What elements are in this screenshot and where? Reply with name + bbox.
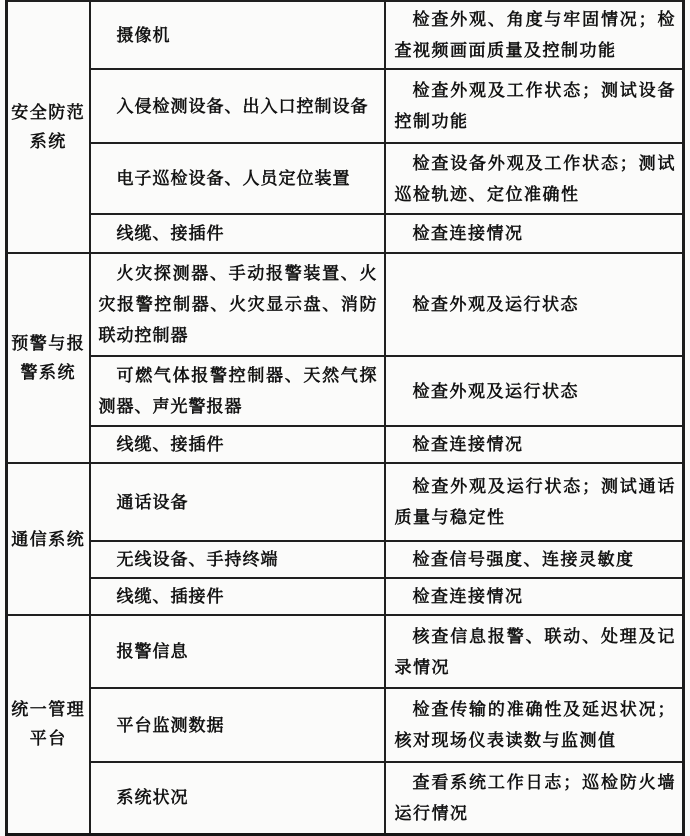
inspection-cell: 检查外观及工作状态；测试设备控制功能 xyxy=(385,69,684,143)
inspection-cell: 检查连接情况 xyxy=(385,426,684,463)
equipment-cell: 入侵检测设备、出入口控制设备 xyxy=(90,69,385,143)
table-row: 线缆、接插件 检查连接情况 xyxy=(7,426,684,463)
inspection-cell: 检查外观及运行状态 xyxy=(385,253,684,356)
inspection-cell: 检查外观及运行状态；测试通话质量与稳定性 xyxy=(385,463,684,541)
equipment-cell: 火灾探测器、手动报警装置、火灾报警控制器、火灾显示盘、消防联动控制器 xyxy=(90,253,385,356)
table-row: 平台监测数据 检查传输的准确性及延迟状况；核对现场仪表读数与监测值 xyxy=(7,688,684,762)
inspection-cell: 检查信号强度、连接灵敏度 xyxy=(385,541,684,578)
inspection-cell: 检查外观及运行状态 xyxy=(385,356,684,426)
equipment-cell: 系统状况 xyxy=(90,762,385,835)
document-page: 安全防范 系统 摄像机 检查外观、角度与牢固情况；检查视频画面质量及控制功能 入… xyxy=(0,0,690,836)
equipment-cell: 电子巡检设备、人员定位装置 xyxy=(90,143,385,214)
system-group-cell-alarm: 预警与报 警系统 xyxy=(7,253,90,463)
table-row: 安全防范 系统 摄像机 检查外观、角度与牢固情况；检查视频画面质量及控制功能 xyxy=(7,1,684,69)
table-row: 入侵检测设备、出入口控制设备 检查外观及工作状态；测试设备控制功能 xyxy=(7,69,684,143)
equipment-cell: 报警信息 xyxy=(90,615,385,688)
equipment-cell: 通话设备 xyxy=(90,463,385,541)
equipment-cell: 线缆、接插件 xyxy=(90,214,385,253)
table-row: 无线设备、手持终端 检查信号强度、连接灵敏度 xyxy=(7,541,684,578)
inspection-cell: 核查信息报警、联动、处理及记录情况 xyxy=(385,615,684,688)
equipment-cell: 平台监测数据 xyxy=(90,688,385,762)
system-group-cell-security: 安全防范 系统 xyxy=(7,1,90,253)
table-row: 可燃气体报警控制器、天然气探测器、声光警报器 检查外观及运行状态 xyxy=(7,356,684,426)
inspection-cell: 检查连接情况 xyxy=(385,214,684,253)
table-row: 线缆、插接件 检查连接情况 xyxy=(7,578,684,615)
table-row: 系统状况 查看系统工作日志；巡检防火墙运行情况 xyxy=(7,762,684,835)
equipment-cell: 可燃气体报警控制器、天然气探测器、声光警报器 xyxy=(90,356,385,426)
inspection-cell: 检查连接情况 xyxy=(385,578,684,615)
equipment-cell: 摄像机 xyxy=(90,1,385,69)
inspection-table: 安全防范 系统 摄像机 检查外观、角度与牢固情况；检查视频画面质量及控制功能 入… xyxy=(5,0,685,836)
inspection-cell: 检查传输的准确性及延迟状况；核对现场仪表读数与监测值 xyxy=(385,688,684,762)
equipment-cell: 线缆、接插件 xyxy=(90,426,385,463)
inspection-cell: 检查外观、角度与牢固情况；检查视频画面质量及控制功能 xyxy=(385,1,684,69)
equipment-cell: 无线设备、手持终端 xyxy=(90,541,385,578)
system-group-cell-management-platform: 统一管理 平台 xyxy=(7,615,90,835)
inspection-cell: 查看系统工作日志；巡检防火墙运行情况 xyxy=(385,762,684,835)
equipment-cell: 线缆、插接件 xyxy=(90,578,385,615)
system-group-cell-communication: 通信系统 xyxy=(7,463,90,615)
table-row: 预警与报 警系统 火灾探测器、手动报警装置、火灾报警控制器、火灾显示盘、消防联动… xyxy=(7,253,684,356)
inspection-cell: 检查设备外观及工作状态；测试巡检轨迹、定位准确性 xyxy=(385,143,684,214)
table-row: 电子巡检设备、人员定位装置 检查设备外观及工作状态；测试巡检轨迹、定位准确性 xyxy=(7,143,684,214)
table-row: 线缆、接插件 检查连接情况 xyxy=(7,214,684,253)
table-row: 统一管理 平台 报警信息 核查信息报警、联动、处理及记录情况 xyxy=(7,615,684,688)
table-row: 通信系统 通话设备 检查外观及运行状态；测试通话质量与稳定性 xyxy=(7,463,684,541)
